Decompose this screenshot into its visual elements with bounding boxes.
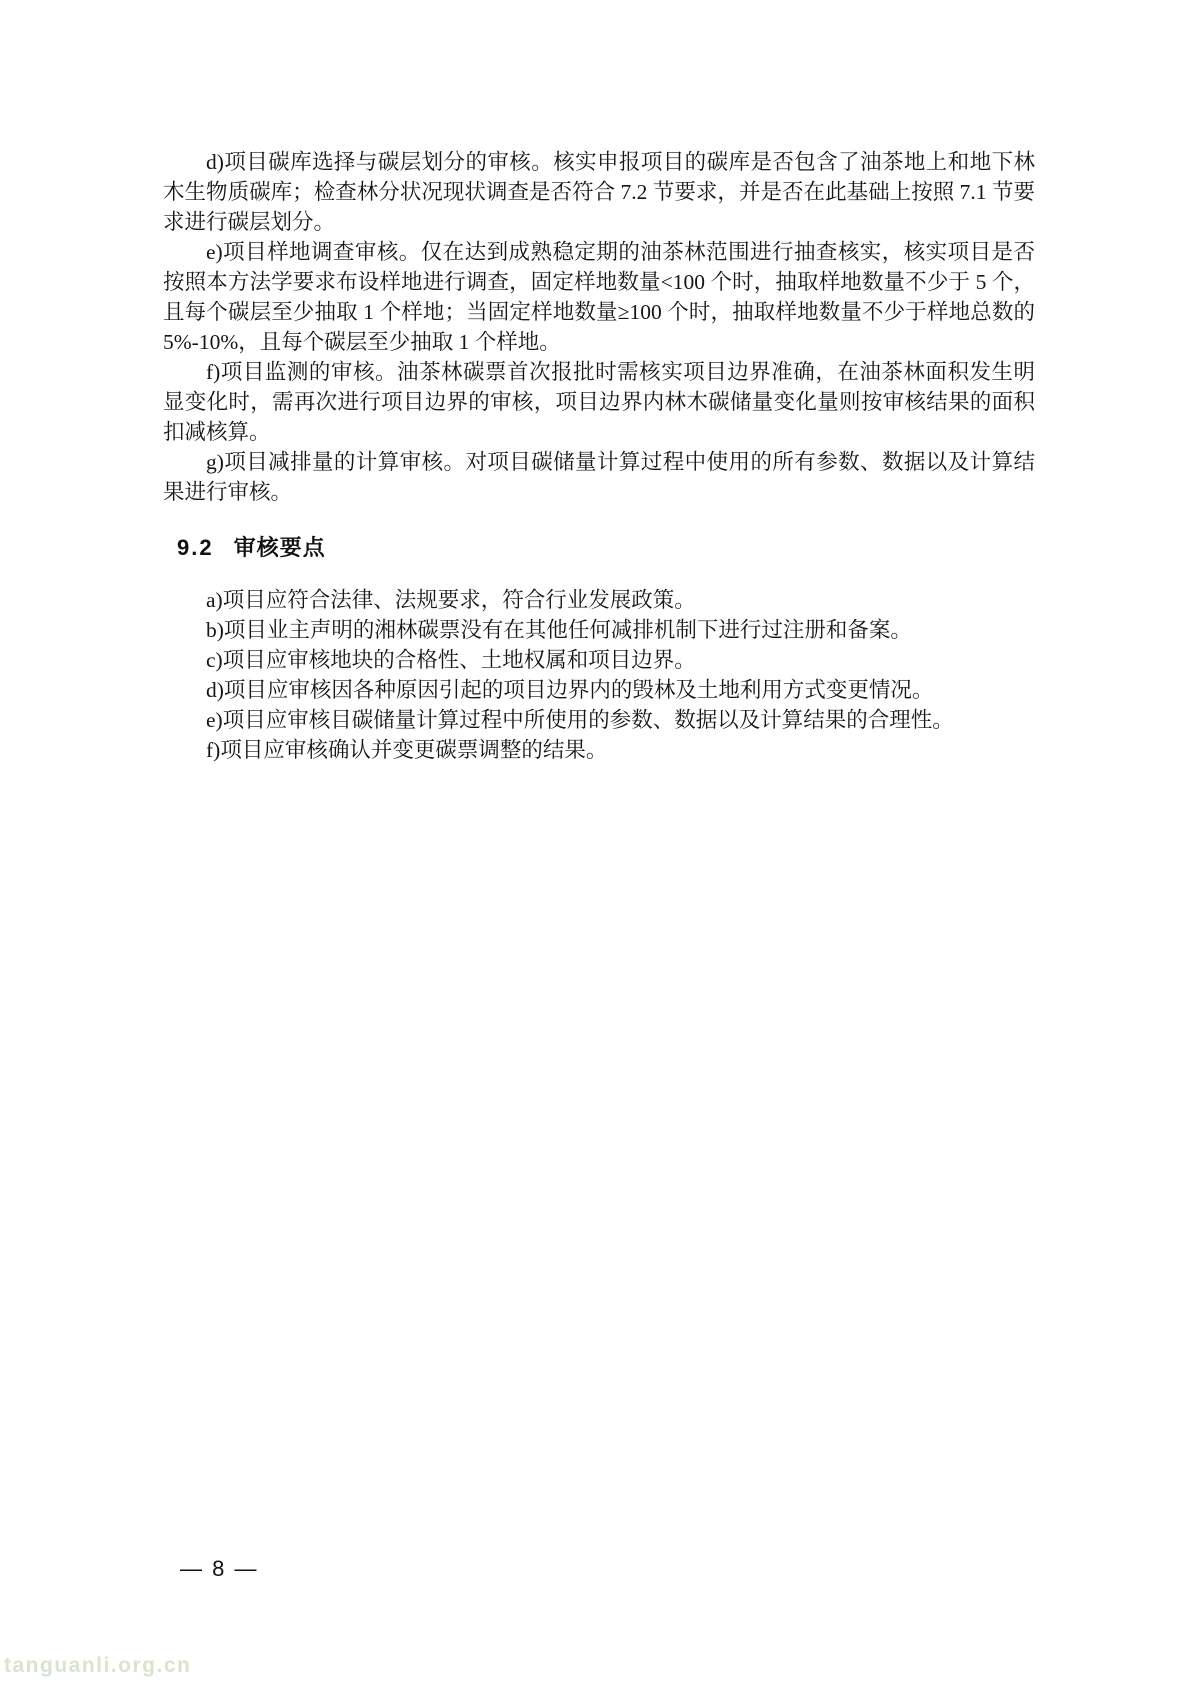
paragraph-g-emission-reduction-review: g)项目减排量的计算审核。对项目碳储量计算过程中使用的所有参数、数据以及计算结果… bbox=[163, 447, 1035, 507]
list-item-f: f)项目应审核确认并变更碳票调整的结果。 bbox=[163, 735, 1035, 765]
list-item-d: d)项目应审核因各种原因引起的项目边界内的毁林及土地利用方式变更情况。 bbox=[163, 675, 1035, 705]
section-number: 9.2 bbox=[177, 533, 214, 563]
page-number: — 8 — bbox=[180, 1556, 258, 1582]
list-item-c: c)项目应审核地块的合格性、土地权属和项目边界。 bbox=[163, 645, 1035, 675]
list-item-a: a)项目应符合法律、法规要求，符合行业发展政策。 bbox=[163, 585, 1035, 615]
paragraph-d-carbon-pool-review: d)项目碳库选择与碳层划分的审核。核实申报项目的碳库是否包含了油茶地上和地下林木… bbox=[163, 147, 1035, 237]
document-page: d)项目碳库选择与碳层划分的审核。核实申报项目的碳库是否包含了油茶地上和地下林木… bbox=[0, 0, 1190, 1683]
watermark-text: tanguanli.org.cn bbox=[4, 1654, 191, 1678]
section-heading-9-2: 9.2审核要点 bbox=[163, 533, 1035, 563]
list-item-b: b)项目业主声明的湘林碳票没有在其他任何减排机制下进行过注册和备案。 bbox=[163, 615, 1035, 645]
paragraph-e-sample-plot-review: e)项目样地调查审核。仅在达到成熟稳定期的油茶林范围进行抽查核实，核实项目是否按… bbox=[163, 237, 1035, 357]
section-title: 审核要点 bbox=[234, 533, 326, 563]
page-content: d)项目碳库选择与碳层划分的审核。核实申报项目的碳库是否包含了油茶地上和地下林木… bbox=[163, 147, 1035, 765]
paragraph-f-monitoring-review: f)项目监测的审核。油茶林碳票首次报批时需核实项目边界准确，在油茶林面积发生明显… bbox=[163, 357, 1035, 447]
review-points-list: a)项目应符合法律、法规要求，符合行业发展政策。 b)项目业主声明的湘林碳票没有… bbox=[163, 585, 1035, 765]
list-item-e: e)项目应审核目碳储量计算过程中所使用的参数、数据以及计算结果的合理性。 bbox=[163, 705, 1035, 735]
